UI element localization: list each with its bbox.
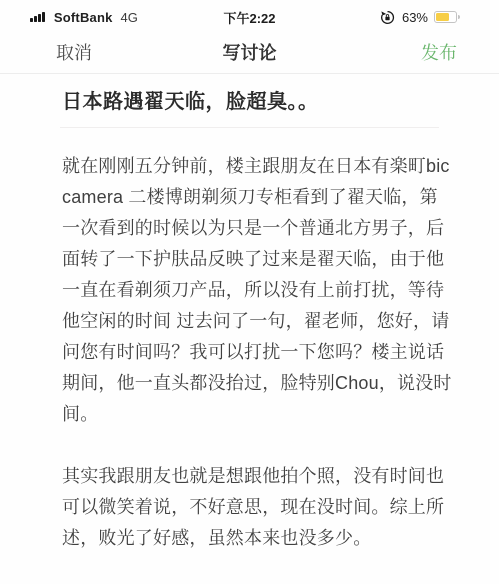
carrier-label: SoftBank xyxy=(54,10,113,25)
battery-icon xyxy=(434,11,457,23)
rotation-lock-icon xyxy=(380,10,395,25)
status-bar-left: SoftBank 4G xyxy=(30,10,138,25)
clock-label: 下午2:22 xyxy=(223,8,275,27)
publish-button[interactable]: 发布 xyxy=(421,39,457,65)
battery-fill xyxy=(436,13,449,21)
cancel-button[interactable]: 取消 xyxy=(56,39,92,65)
battery-percent-label: 63% xyxy=(402,10,428,25)
post-body-input[interactable]: 就在刚刚五分钟前，楼主跟朋友在日本有楽町bic camera 二楼博朗剃须刀专柜… xyxy=(62,151,459,554)
post-paragraph-1: 就在刚刚五分钟前，楼主跟朋友在日本有楽町bic camera 二楼博朗剃须刀专柜… xyxy=(62,151,459,430)
network-type-label: 4G xyxy=(121,10,138,25)
post-title-input[interactable]: 日本路遇翟天临，脸超臭。。 xyxy=(62,88,459,116)
title-divider xyxy=(60,127,439,128)
nav-bar: 取消 写讨论 发布 xyxy=(0,30,499,73)
post-paragraph-2: 其实我跟朋友也就是想跟他拍个照，没有时间也 可以微笑着说，不好意思，现在没时间。… xyxy=(62,461,459,554)
status-bar-right: 63% xyxy=(380,10,457,25)
post-editor: 日本路遇翟天临，脸超臭。。 就在刚刚五分钟前，楼主跟朋友在日本有楽町bic ca… xyxy=(0,74,499,554)
write-discussion-screen: SoftBank 4G 下午2:22 63% 取消 写讨论 发布 xyxy=(0,0,499,584)
status-bar: SoftBank 4G 下午2:22 63% xyxy=(0,0,499,30)
signal-bars-icon xyxy=(30,12,45,22)
